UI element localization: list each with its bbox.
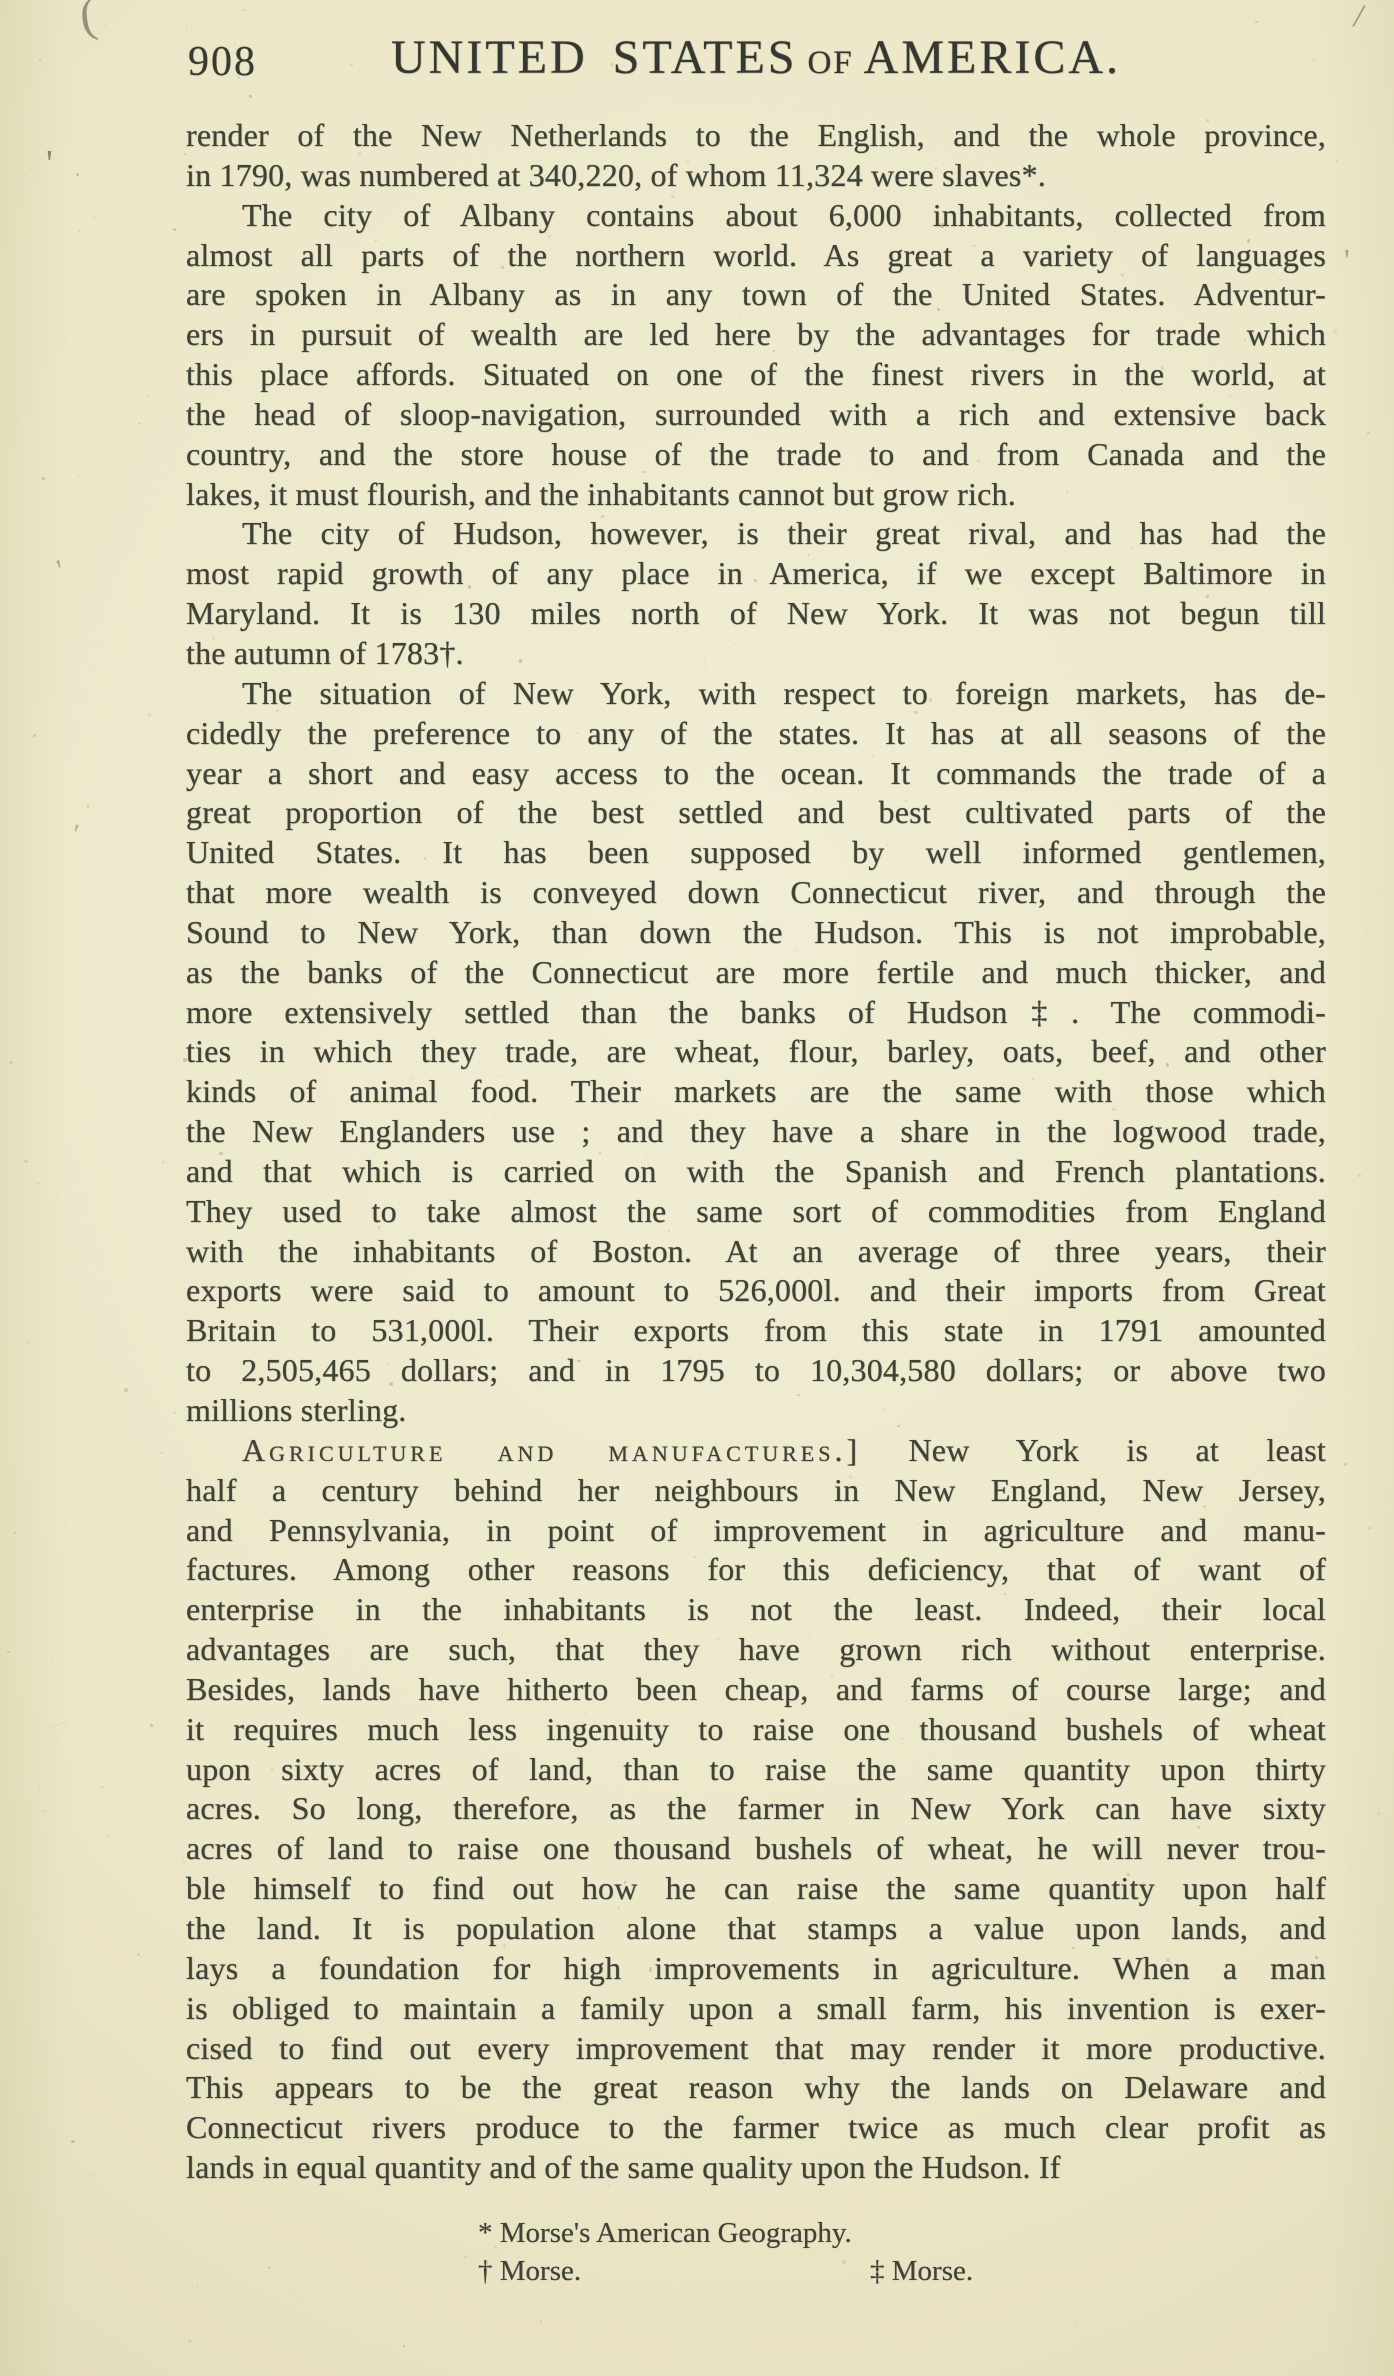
footnote-asterisk: * Morse's American Geography. (478, 2214, 973, 2252)
text-line: and Pennsylvania, in point of improvemen… (186, 1511, 1326, 1551)
text-line: Connecticut rivers produce to the farmer… (186, 2108, 1326, 2148)
scan-artifact: / (1351, 0, 1367, 37)
text-line: the head of sloop-navigation, surrounded… (186, 395, 1326, 435)
scan-artifact: ' (46, 142, 53, 186)
book-page: 908 UNITED STATESOFAMERICA. render of th… (0, 0, 1394, 2376)
text-line: Sound to New York, than down the Hudson.… (186, 913, 1326, 953)
text-line: are spoken in Albany as in any town of t… (186, 275, 1326, 315)
running-title-right: AMERICA. (864, 31, 1121, 84)
running-title: UNITED STATESOFAMERICA. (186, 30, 1326, 85)
body-text: render of the New Netherlands to the Eng… (186, 116, 1326, 2188)
text-line: cised to find out every improvement that… (186, 2029, 1326, 2069)
text-line: acres of land to raise one thousand bush… (186, 1829, 1326, 1869)
text-line: acres. So long, therefore, as the farmer… (186, 1789, 1326, 1829)
text-line: lands in equal quantity and of the same … (186, 2148, 1326, 2188)
scan-artifact: ' (52, 552, 69, 589)
text-line: lays a foundation for high improvements … (186, 1949, 1326, 1989)
text-line: the land. It is population alone that st… (186, 1909, 1326, 1949)
text-line: country, and the store house of the trad… (186, 435, 1326, 475)
scan-artifact: ' (1344, 242, 1350, 279)
text-line: this place affords. Situated on one of t… (186, 355, 1326, 395)
section-heading: Agriculture and manufactures.] (242, 1432, 861, 1468)
text-line: exports were said to amount to 526,000l.… (186, 1271, 1326, 1311)
text-line: half a century behind her neighbours in … (186, 1471, 1326, 1511)
text-line: Besides, lands have hitherto been cheap,… (186, 1670, 1326, 1710)
text-line: Maryland. It is 130 miles north of New Y… (186, 594, 1326, 634)
text-line: to 2,505,465 dollars; and in 1795 to 10,… (186, 1351, 1326, 1391)
text-line: great proportion of the best settled and… (186, 793, 1326, 833)
text-line: enterprise in the inhabitants is not the… (186, 1590, 1326, 1630)
text-line: The city of Albany contains about 6,000 … (186, 196, 1326, 236)
text-line: The city of Hudson, however, is their gr… (186, 514, 1326, 554)
text-line: This appears to be the great reason why … (186, 2068, 1326, 2108)
footnotes: * Morse's American Geography. † Morse.‡ … (478, 2214, 973, 2290)
text-line: cidedly the preference to any of the sta… (186, 714, 1326, 754)
text-line: it requires much less ingenuity to raise… (186, 1710, 1326, 1750)
text-line: upon sixty acres of land, than to raise … (186, 1750, 1326, 1790)
text-line: The situation of New York, with respect … (186, 674, 1326, 714)
text-line: is obliged to maintain a family upon a s… (186, 1989, 1326, 2029)
text-line: ble himself to find out how he can raise… (186, 1869, 1326, 1909)
footnote-double-dagger: ‡ Morse. (870, 2255, 973, 2287)
text-line: ties in which they trade, are wheat, flo… (186, 1032, 1326, 1072)
running-title-left: UNITED STATES (391, 31, 797, 84)
footnote-dagger: † Morse. (478, 2252, 870, 2290)
text-run: New York is at least (861, 1432, 1326, 1468)
text-line: year a short and easy access to the ocea… (186, 754, 1326, 794)
text-line: Agriculture and manufactures.] New York … (186, 1431, 1326, 1471)
text-line: United States. It has been supposed by w… (186, 833, 1326, 873)
scan-artifact: ( (76, 0, 99, 44)
text-line: Britain to 531,000l. Their exports from … (186, 1311, 1326, 1351)
text-line: millions sterling. (186, 1391, 1326, 1431)
text-line: the New Englanders use ; and they have a… (186, 1112, 1326, 1152)
scan-artifact: ' (68, 818, 81, 852)
text-line: factures. Among other reasons for this d… (186, 1550, 1326, 1590)
text-line: the autumn of 1783†. (186, 634, 1326, 674)
footnote-daggers: † Morse.‡ Morse. (478, 2252, 973, 2290)
text-line: that more wealth is conveyed down Connec… (186, 873, 1326, 913)
text-line: as the banks of the Connecticut are more… (186, 953, 1326, 993)
text-line: and that which is carried on with the Sp… (186, 1152, 1326, 1192)
running-title-of: OF (807, 45, 853, 81)
text-line: with the inhabitants of Boston. At an av… (186, 1232, 1326, 1272)
text-line: almost all parts of the northern world. … (186, 236, 1326, 276)
text-line: advantages are such, that they have grow… (186, 1630, 1326, 1670)
text-line: render of the New Netherlands to the Eng… (186, 116, 1326, 156)
page-header: 908 UNITED STATESOFAMERICA. (186, 30, 1326, 90)
text-line: lakes, it must flourish, and the inhabit… (186, 475, 1326, 515)
text-line: They used to take almost the same sort o… (186, 1192, 1326, 1232)
text-line: more extensively settled than the banks … (186, 993, 1326, 1033)
text-line: ers in pursuit of wealth are led here by… (186, 315, 1326, 355)
text-line: kinds of animal food. Their markets are … (186, 1072, 1326, 1112)
text-line: in 1790, was numbered at 340,220, of who… (186, 156, 1326, 196)
text-line: most rapid growth of any place in Americ… (186, 554, 1326, 594)
